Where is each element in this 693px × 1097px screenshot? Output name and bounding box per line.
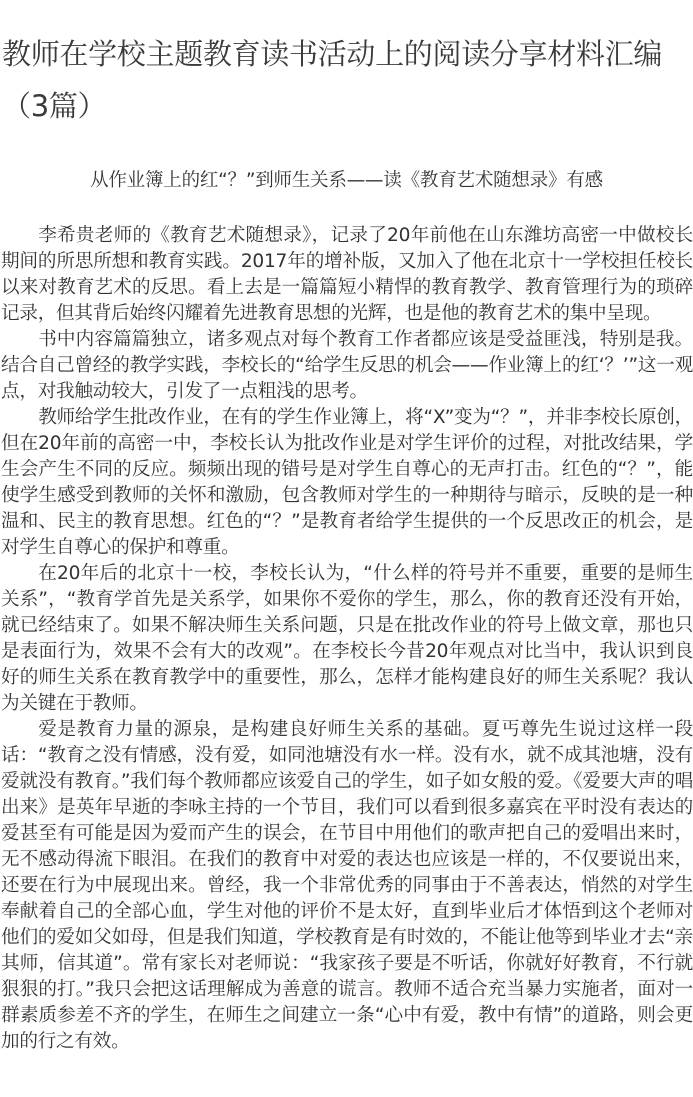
paragraph: 书中内容篇篇独立，诸多观点对每个教育工作者都应该是受益匪浅，特别是我。结合自己曾…: [1, 327, 693, 405]
paragraph: 在20年后的北京十一校，李校长认为，“什么样的符号并不重要，重要的是师生关系”，…: [1, 561, 693, 717]
document-title: 教师在学校主题教育读书活动上的阅读分享材料汇编（3篇）: [2, 28, 693, 132]
paragraph: 爱是教育力量的源泉，是构建良好师生关系的基础。夏丐尊先生说过这样一段话：“教育之…: [1, 717, 693, 1055]
paragraph: 李希贵老师的《教育艺术随想录》，记录了20年前他在山东潍坊高密一中做校长期间的所…: [1, 223, 693, 327]
paragraph: 教师给学生批改作业，在有的学生作业簿上，将“X”变为“？”，并非李校长原创，但在…: [1, 405, 693, 561]
article-subtitle: 从作业簿上的红“？”到师生关系——读《教育艺术随想录》有感: [0, 168, 693, 194]
article-body: 李希贵老师的《教育艺术随想录》，记录了20年前他在山东潍坊高密一中做校长期间的所…: [1, 223, 693, 1055]
